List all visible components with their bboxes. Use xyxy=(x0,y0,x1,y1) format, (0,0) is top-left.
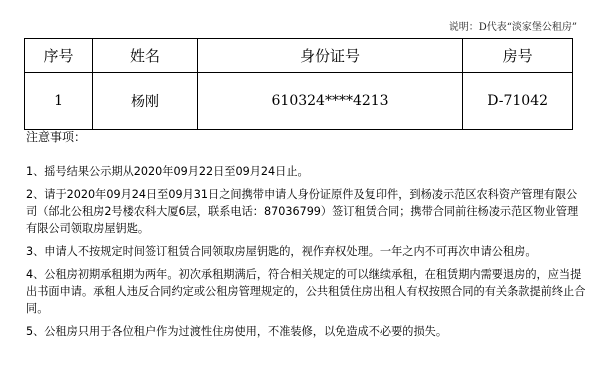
header-room: 房号 xyxy=(463,39,573,73)
table-row: 1 杨刚 610324****4213 D-71042 xyxy=(25,73,573,130)
cell-id-number: 610324****4213 xyxy=(197,73,463,130)
notice-item: 1、摇号结果公示期从2020年09月22日至09月24日止。 xyxy=(26,163,586,180)
header-id-number: 身份证号 xyxy=(197,39,463,73)
cell-name: 杨刚 xyxy=(93,73,198,130)
header-name: 姓名 xyxy=(93,39,198,73)
notice-item: 2、请于2020年09月24日至09月31日之间携带申请人身份证原件及复印件，到… xyxy=(26,186,586,237)
notice-item: 5、公租房只用于各位租户作为过渡性住房使用，不准装修，以免造成不必要的损失。 xyxy=(26,323,586,340)
notices-list: 1、摇号结果公示期从2020年09月22日至09月24日止。 2、请于2020年… xyxy=(26,163,586,346)
notice-item: 4、公租房初期承租期为两年。初次承租期满后，符合相关规定的可以继续承租，在租赁期… xyxy=(26,266,586,317)
table-header-row: 序号 姓名 身份证号 房号 xyxy=(25,39,573,73)
notice-item: 3、申请人不按规定时间签订租赁合同领取房屋钥匙的，视作弃权处理。一年之内不可再次… xyxy=(26,243,586,260)
legend-note: 说明：D代表“淡家堡公租房” xyxy=(449,18,577,33)
lottery-result-table: 序号 姓名 身份证号 房号 1 杨刚 610324****4213 D-7104… xyxy=(24,38,573,130)
notices-title: 注意事项： xyxy=(26,128,86,145)
header-index: 序号 xyxy=(25,39,93,73)
cell-room: D-71042 xyxy=(463,73,573,130)
cell-index: 1 xyxy=(25,73,93,130)
